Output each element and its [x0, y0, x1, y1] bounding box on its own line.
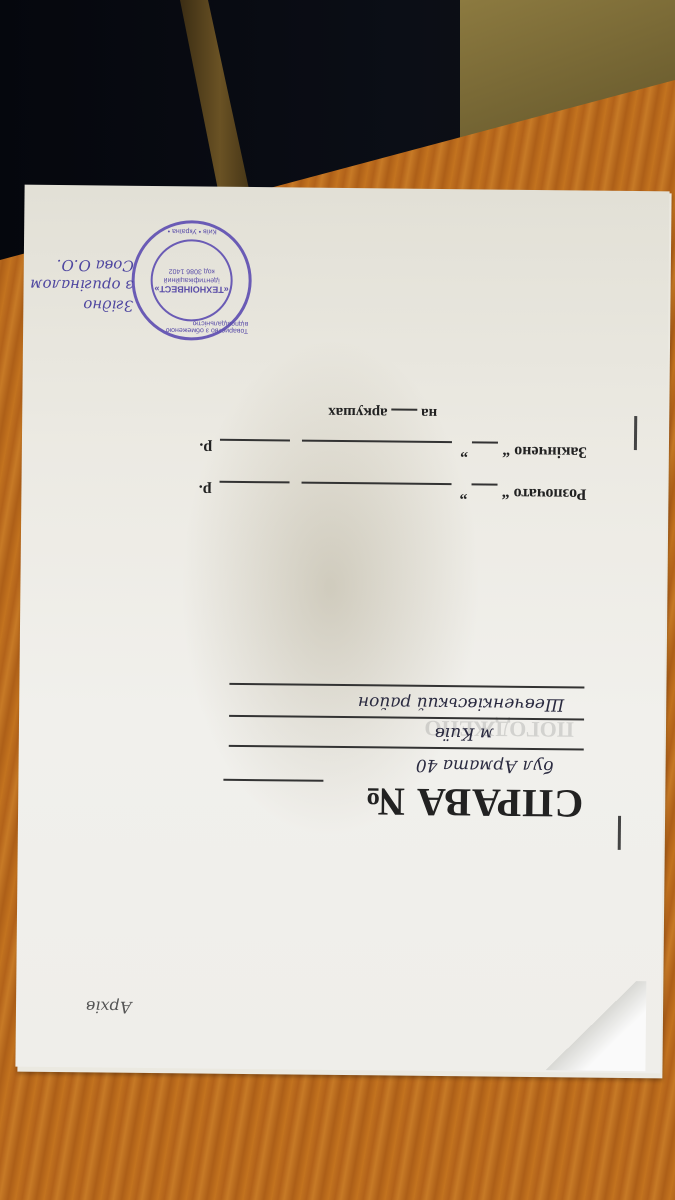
case-number-line: [223, 779, 323, 782]
started-field: Розпочато “” р.: [199, 480, 587, 502]
address-line-3: [229, 683, 584, 689]
binding-hole-bottom: [618, 816, 621, 850]
case-title: СПРАВА №: [363, 778, 583, 827]
handwritten-city: м Київ: [435, 723, 494, 744]
sheets-count: на аркушах: [328, 403, 437, 421]
certification-signature: Згідно з оригіналом Сова О.О.: [23, 255, 134, 316]
upside-down-content: ПОГОДЖЕНО СПРАВА № бул Армата 40 м Київ …: [15, 185, 669, 1074]
binding-hole-top: [634, 416, 637, 450]
handwritten-address: бул Армата 40: [416, 755, 554, 776]
stamp-company: «ТЕХНОІНВЕСТ»: [154, 285, 228, 295]
started-label: Розпочато: [513, 485, 586, 503]
folded-corner: [535, 980, 646, 1071]
archive-note: Архів: [86, 997, 132, 1016]
finished-label: Закінчено: [514, 443, 587, 461]
address-line-1: [229, 745, 584, 751]
document-cover: ПОГОДЖЕНО СПРАВА № бул Армата 40 м Київ …: [15, 185, 669, 1074]
handwritten-district: Шевченківський район: [358, 692, 565, 714]
company-stamp: Товариство з обмеженою відповідальністю …: [131, 220, 252, 341]
finished-field: Закінчено “” р.: [199, 438, 587, 460]
